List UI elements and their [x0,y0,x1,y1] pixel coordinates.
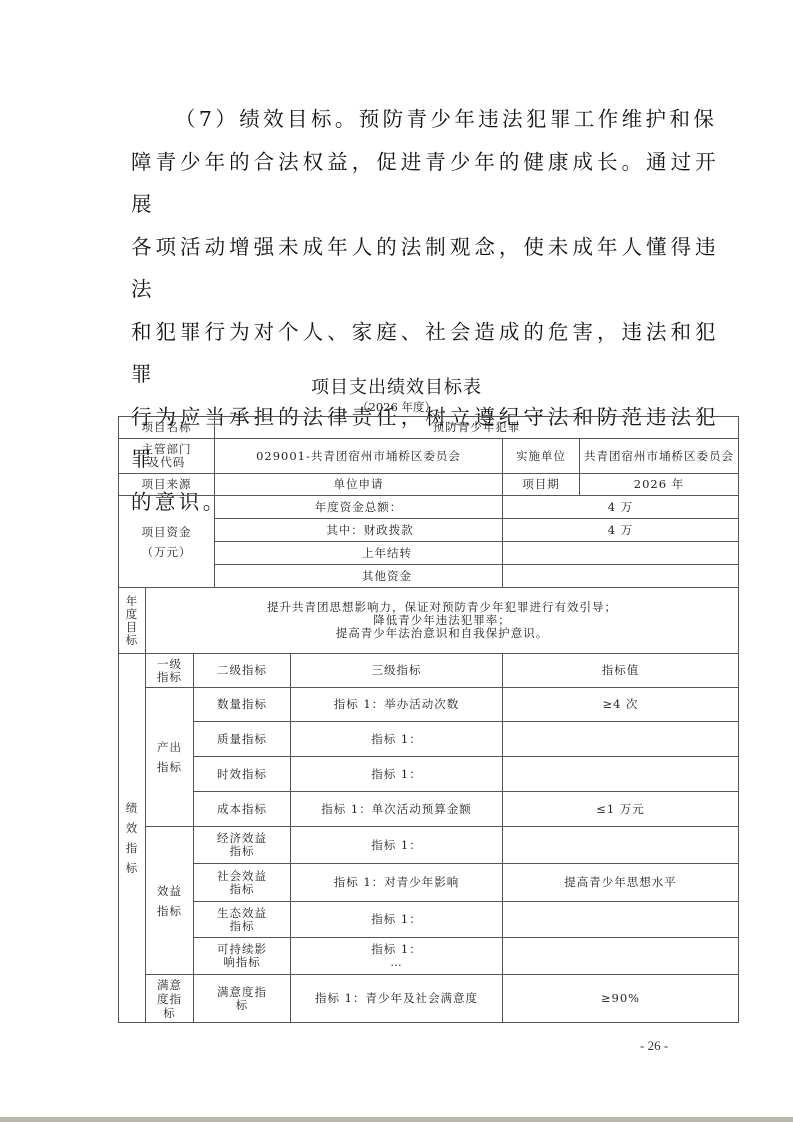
level1-output: 产出指标 [146,688,194,827]
level1-benefit: 效益指标 [146,827,194,975]
level2-cell: 满意度指标 [194,975,291,1023]
funds-other-value [503,565,739,588]
level3-cell: 指标 1： [291,722,503,757]
table-row: 生态效益指标 指标 1： [119,902,739,938]
impl-unit-value: 共青团宿州市埇桥区委员会 [580,439,739,474]
table-row: 可持续影响指标 指标 1： … [119,938,739,975]
level3-cell: 指标 1：青少年及社会满意度 [291,975,503,1023]
level3-cell: 指标 1：单次活动预算金额 [291,792,503,827]
funds-carryover-label: 上年结转 [215,542,503,565]
table-row: 社会效益指标 指标 1：对青少年影响 提高青少年思想水平 [119,864,739,902]
funds-total-value: 4 万 [503,496,739,519]
level2-cell: 可持续影响指标 [194,938,291,975]
paragraph-line: 障青少年的合法权益，促进青少年的健康成长。通过开展 [131,141,719,226]
level2-cell: 时效指标 [194,757,291,792]
paragraph-line: （7）绩效目标。预防青少年违法犯罪工作维护和保 [131,98,719,141]
table-row: 产出指标 数量指标 指标 1：举办活动次数 ≥4 次 [119,688,739,722]
value-cell [503,722,739,757]
value-cell: ≥90% [503,975,739,1023]
value-cell [503,757,739,792]
value-cell [503,902,739,938]
annual-goal-content: 提升共青团思想影响力，保证对预防青少年犯罪进行有效引导； 降低青少年违法犯罪率；… [146,588,739,654]
table-title: 项目支出绩效目标表 [0,373,793,399]
header-value: 指标值 [503,654,739,688]
value-cell: 提高青少年思想水平 [503,864,739,902]
level3-cell: 指标 1： [291,757,503,792]
source-label: 项目来源 [119,474,215,496]
level2-cell: 社会效益指标 [194,864,291,902]
dept-value: 029001-共青团宿州市埇桥区委员会 [215,439,503,474]
table-row: 成本指标 指标 1：单次活动预算金额 ≤1 万元 [119,792,739,827]
funds-label: 项目资金（万元） [119,496,215,588]
level3-cell: 指标 1： [291,902,503,938]
goal-line: 提高青少年法治意识和自我保护意识。 [149,627,735,640]
level3-cell: 指标 1： [291,827,503,864]
level1-satisfaction: 满意度指标 [146,975,194,1023]
value-cell [503,938,739,975]
table-subtitle: （2026 年度） [0,399,793,415]
project-name-label: 项目名称 [119,417,215,439]
table-row: 年度目标 提升共青团思想影响力，保证对预防青少年犯罪进行有效引导； 降低青少年违… [119,588,739,654]
performance-target-table: 项目名称 预防青少年犯罪 主管部门及代码 029001-共青团宿州市埇桥区委员会… [118,416,739,1023]
header-level1: 一级指标 [146,654,194,688]
table-row: 项目资金（万元） 年度资金总额： 4 万 [119,496,739,519]
value-cell: ≤1 万元 [503,792,739,827]
level3-ellipsis: … [294,956,499,969]
table-row: 主管部门及代码 029001-共青团宿州市埇桥区委员会 实施单位 共青团宿州市埇… [119,439,739,474]
funds-other-label: 其他资金 [215,565,503,588]
period-label: 项目期 [503,474,580,496]
funds-carryover-value [503,542,739,565]
table-row: 项目名称 预防青少年犯罪 [119,417,739,439]
period-value: 2026 年 [580,474,739,496]
level3-cell: 指标 1：举办活动次数 [291,688,503,722]
header-level3: 三级指标 [291,654,503,688]
funds-total-label: 年度资金总额： [215,496,503,519]
level3-cell: 指标 1： … [291,938,503,975]
impl-unit-label: 实施单位 [503,439,580,474]
header-level2: 二级指标 [194,654,291,688]
table-row: 质量指标 指标 1： [119,722,739,757]
source-value: 单位申请 [215,474,503,496]
level2-cell: 数量指标 [194,688,291,722]
level2-cell: 成本指标 [194,792,291,827]
table-header-row: 绩效指标 一级指标 二级指标 三级指标 指标值 [119,654,739,688]
table-row: 项目来源 单位申请 项目期 2026 年 [119,474,739,496]
value-cell [503,827,739,864]
level2-cell: 经济效益指标 [194,827,291,864]
dept-label: 主管部门及代码 [119,439,215,474]
level2-cell: 生态效益指标 [194,902,291,938]
page-number: - 26 - [640,1038,668,1054]
funds-fiscal-value: 4 万 [503,519,739,542]
level2-cell: 质量指标 [194,722,291,757]
page-bottom-edge [0,1117,793,1122]
level3-cell: 指标 1：对青少年影响 [291,864,503,902]
project-name-value: 预防青少年犯罪 [215,417,739,439]
table-row: 时效指标 指标 1： [119,757,739,792]
indicators-label: 绩效指标 [119,654,146,1023]
annual-goal-label: 年度目标 [119,588,146,654]
table-row: 满意度指标 满意度指标 指标 1：青少年及社会满意度 ≥90% [119,975,739,1023]
value-cell: ≥4 次 [503,688,739,722]
paragraph-line: 各项活动增强未成年人的法制观念，使未成年人懂得违法 [131,226,719,311]
funds-fiscal-label: 其中：财政拨款 [215,519,503,542]
table-row: 效益指标 经济效益指标 指标 1： [119,827,739,864]
